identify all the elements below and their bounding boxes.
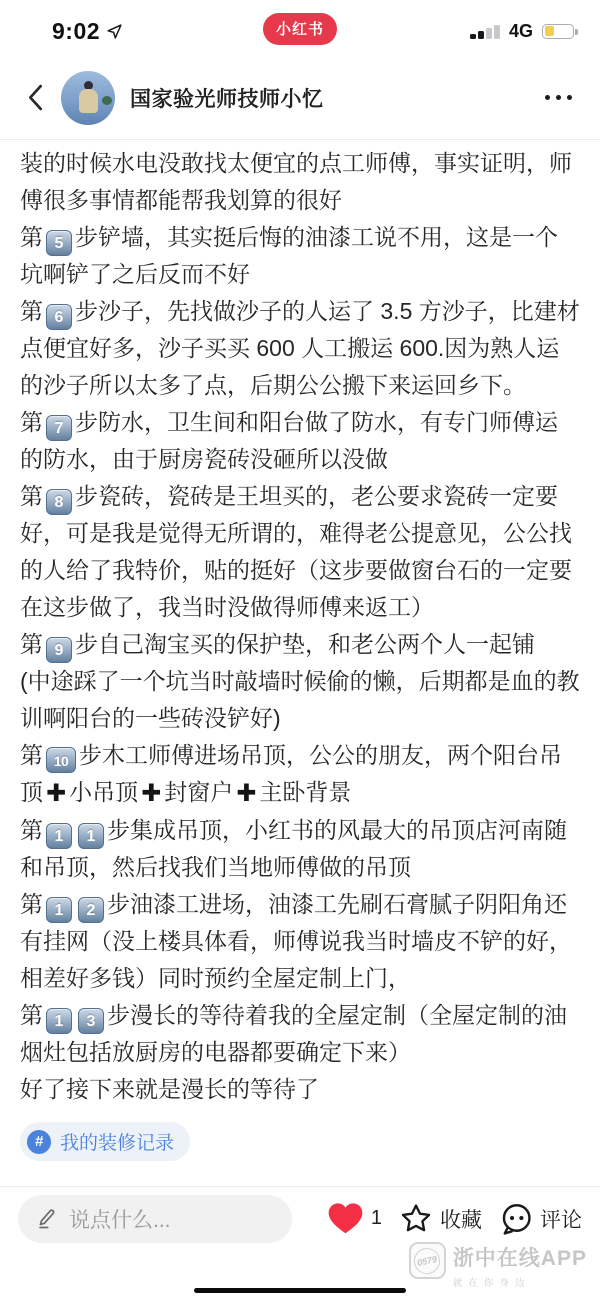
step-number-keycap: 5 — [46, 230, 72, 256]
clock-time: 9:02 — [52, 18, 100, 45]
heart-icon — [327, 1202, 364, 1235]
step-number-keycap: 1 — [78, 823, 104, 849]
comment-placeholder: 说点什么... — [69, 1204, 171, 1234]
post-paragraph: 第10步木工师傅进场吊顶，公公的朋友，两个阳台吊顶✚小吊顶✚封窗户✚主卧背景 — [20, 737, 580, 812]
home-indicator[interactable] — [194, 1288, 406, 1293]
xiaohongshu-post-page: 9:02 小红书 4G 国家验光师技师小忆 装的时候水电没敢找太便宜的点工师傅，… — [0, 0, 600, 1298]
action-cluster: 1 收藏 评论 — [327, 1202, 582, 1236]
like-button[interactable]: 1 — [327, 1202, 382, 1235]
step-number-keycap: 8 — [46, 489, 72, 515]
comment-button[interactable]: 评论 — [499, 1202, 582, 1236]
post-paragraph: 第8步瓷砖，瓷砖是王坦买的，老公要求瓷砖一定要好，可是我是觉得无所谓的，难得老公… — [20, 478, 580, 626]
watermark: 0579 浙中在线APP 就在你身边 — [409, 1242, 587, 1289]
star-icon — [399, 1202, 433, 1235]
page-title-username[interactable]: 国家验光师技师小忆 — [130, 83, 324, 113]
plus-icon: ✚ — [236, 780, 256, 807]
watermark-logo: 0579 — [409, 1242, 446, 1279]
collect-label: 收藏 — [440, 1204, 482, 1234]
step-number-keycap: 1 — [46, 823, 72, 849]
post-paragraph: 第11步集成吊顶，小红书的风最大的吊顶店河南随和吊顶，然后找我们当地师傅做的吊顶 — [20, 812, 580, 886]
post-paragraph: 第12步油漆工进场，油漆工先刷石膏腻子阴阳角还有挂网（没上楼具体看，师傅说我当时… — [20, 886, 580, 997]
step-number-keycap: 7 — [46, 415, 72, 441]
plus-icon: ✚ — [46, 780, 66, 807]
plus-icon: ✚ — [141, 780, 161, 807]
post-body: 装的时候水电没敢找太便宜的点工师傅，事实证明，师傅很多事情都能帮我划算的很好第5… — [0, 140, 600, 1108]
step-number-keycap: 9 — [46, 637, 72, 663]
step-number-keycap: 1 — [46, 897, 72, 923]
step-number-keycap: 3 — [78, 1008, 104, 1034]
nav-bar: 国家验光师技师小忆 — [0, 56, 600, 140]
hashtag-icon: # — [27, 1130, 51, 1154]
post-paragraph: 好了接下来就是漫长的等待了 — [20, 1071, 580, 1108]
step-number-keycap: 2 — [78, 897, 104, 923]
post-paragraph: 第9步自己淘宝买的保护垫，和老公两个人一起铺 — [20, 626, 580, 663]
comment-label: 评论 — [540, 1204, 582, 1234]
pencil-icon — [35, 1207, 58, 1230]
network-type: 4G — [509, 21, 533, 42]
avatar[interactable] — [61, 71, 115, 125]
location-arrow-icon — [106, 23, 123, 40]
post-paragraph: 第5步铲墙，其实挺后悔的油漆工说不用，这是一个坑啊铲了之后反而不好 — [20, 219, 580, 293]
post-paragraph: 第13步漫长的等待着我的全屋定制（全屋定制的油烟灶包括放厨房的电器都要确定下来） — [20, 997, 580, 1071]
step-number-keycap: 1 — [46, 1008, 72, 1034]
status-bar: 9:02 小红书 4G — [0, 0, 600, 56]
post-paragraph: (中途踩了一个坑当时敲墙时候偷的懒，后期都是血的教训啊阳台的一些砖没铲好) — [20, 663, 580, 737]
battery-icon — [542, 24, 574, 39]
post-paragraph: 装的时候水电没敢找太便宜的点工师傅，事实证明，师傅很多事情都能帮我划算的很好 — [20, 145, 580, 219]
signal-strength-icon — [470, 24, 500, 39]
more-options-button[interactable] — [543, 89, 574, 106]
bottom-action-bar: 说点什么... 1 收藏 — [0, 1186, 600, 1250]
comment-input[interactable]: 说点什么... — [18, 1195, 292, 1243]
topic-tag[interactable]: # 我的装修记录 — [20, 1122, 190, 1161]
step-number-keycap: 10 — [46, 747, 76, 773]
status-right-cluster: 4G — [470, 21, 574, 42]
collect-button[interactable]: 收藏 — [399, 1202, 482, 1235]
post-paragraph: 第6步沙子，先找做沙子的人运了 3.5 方沙子，比建材点便宜好多，沙子买买 60… — [20, 293, 580, 404]
step-number-keycap: 6 — [46, 304, 72, 330]
comment-bubble-icon — [499, 1202, 533, 1236]
tag-row: # 我的装修记录 — [0, 1108, 600, 1161]
back-button[interactable] — [26, 80, 45, 115]
watermark-app-name: 浙中在线APP — [453, 1242, 587, 1272]
like-count: 1 — [371, 1207, 382, 1230]
watermark-slogan: 就在你身边 — [453, 1275, 587, 1289]
post-paragraph: 第7步防水，卫生间和阳台做了防水，有专门师傅运的防水，由于厨房瓷砖没砸所以没做 — [20, 404, 580, 478]
app-badge: 小红书 — [263, 13, 337, 45]
topic-tag-label: 我的装修记录 — [60, 1128, 174, 1155]
